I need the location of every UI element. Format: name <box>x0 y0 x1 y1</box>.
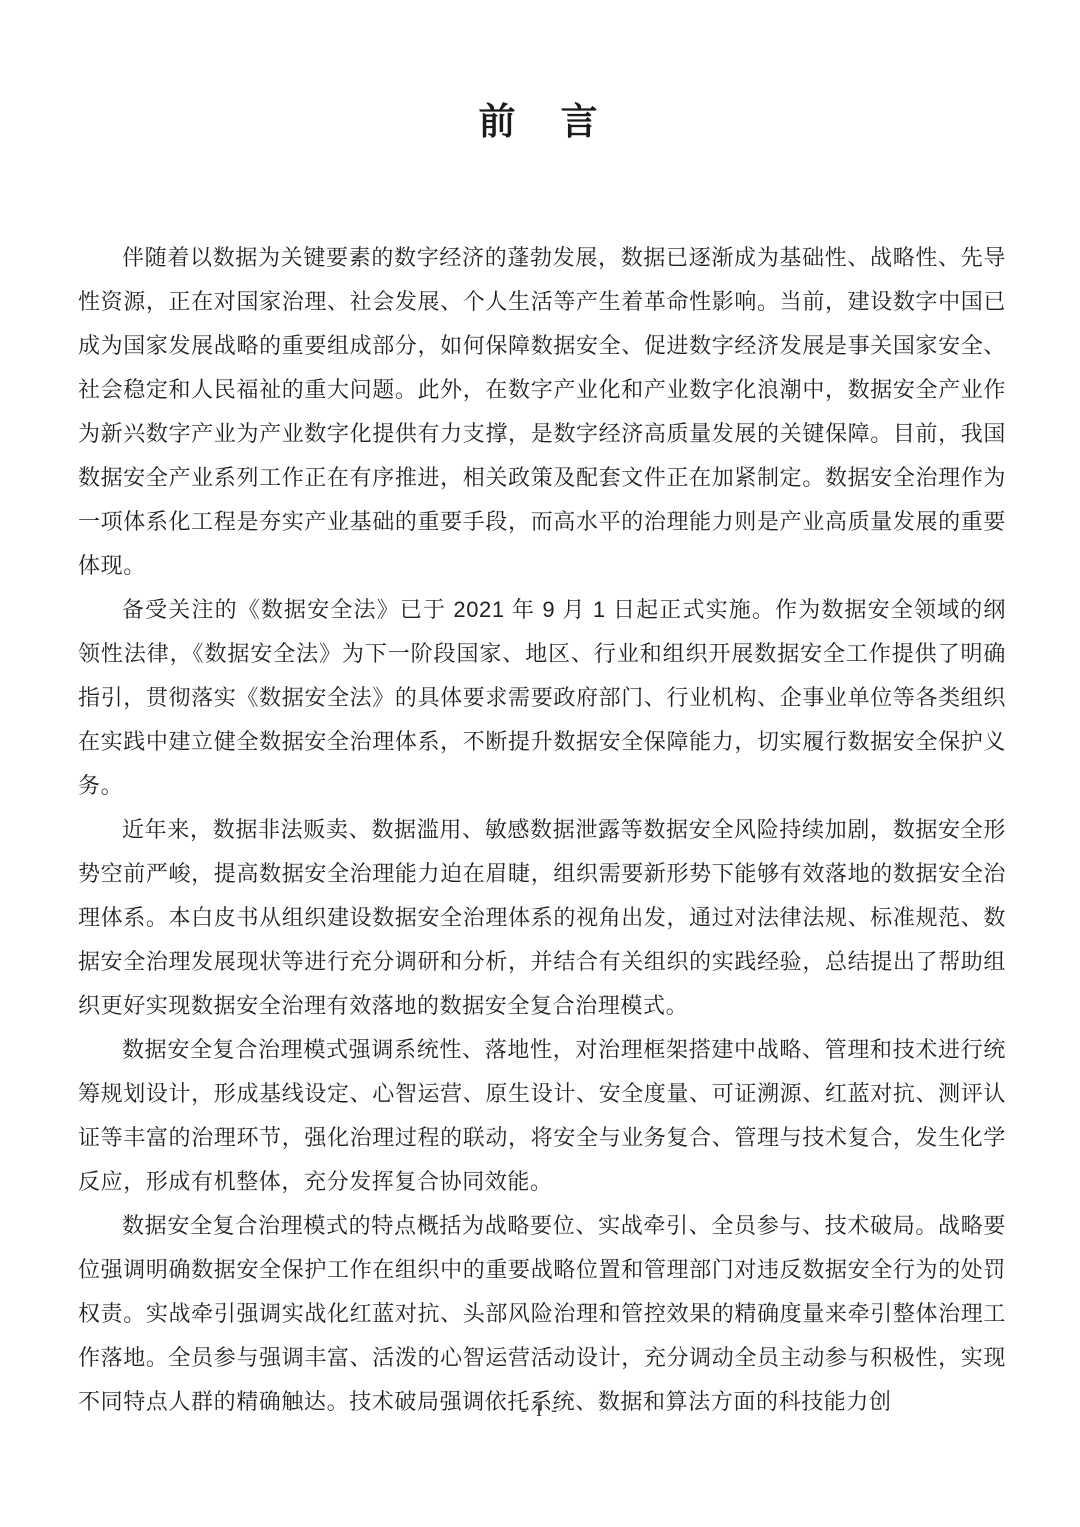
paragraph: 数据安全复合治理模式的特点概括为战略要位、实战牵引、全员参与、技术破局。战略要位… <box>78 1204 1006 1424</box>
paragraph: 备受关注的《数据安全法》已于 2021 年 9 月 1 日起正式实施。作为数据安… <box>78 588 1006 808</box>
page-title: 前 言 <box>0 0 1080 142</box>
paragraph: 近年来，数据非法贩卖、数据滥用、敏感数据泄露等数据安全风险持续加剧，数据安全形势… <box>78 808 1006 1028</box>
page-number: - I - <box>0 1400 1080 1422</box>
paragraph: 伴随着以数据为关键要素的数字经济的蓬勃发展，数据已逐渐成为基础性、战略性、先导性… <box>78 236 1006 588</box>
paragraph: 数据安全复合治理模式强调系统性、落地性，对治理框架搭建中战略、管理和技术进行统筹… <box>78 1028 1006 1204</box>
document-page: 前 言 伴随着以数据为关键要素的数字经济的蓬勃发展，数据已逐渐成为基础性、战略性… <box>0 0 1080 1527</box>
document-body: 伴随着以数据为关键要素的数字经济的蓬勃发展，数据已逐渐成为基础性、战略性、先导性… <box>78 236 1006 1424</box>
